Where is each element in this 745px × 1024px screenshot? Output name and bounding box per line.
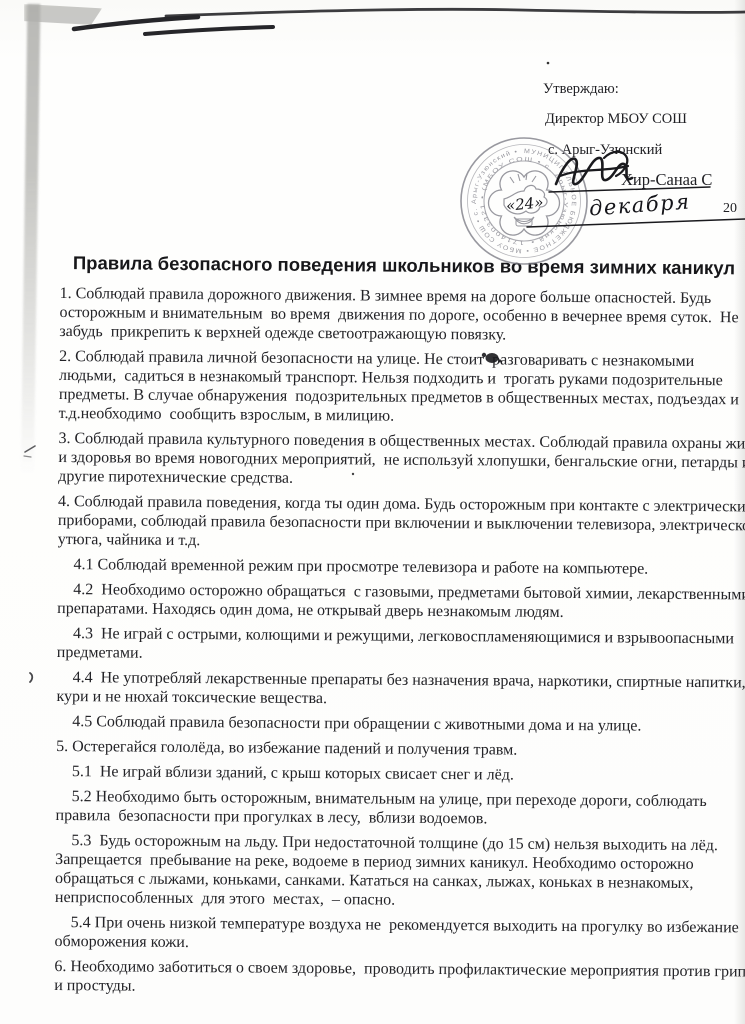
date-month-handwritten: декабря (588, 189, 691, 220)
rule-5-2: 5.2 Необходимо быть осторожным, внимател… (55, 787, 745, 830)
scanned-document-page: Утверждаю: Директор МБОУ СОШ с. Арыг-Узю… (0, 0, 745, 1024)
rule-5: 5. Остерегайся гололёда, во избежание па… (56, 737, 745, 761)
rule-6: 6. Необходимо заботиться о своем здоровь… (54, 957, 744, 1000)
rule-4: 4. Соблюдай правила поведения, когда ты … (58, 492, 745, 554)
document-title: Правила безопасного поведения школьников… (60, 250, 745, 280)
rule-5-4: 5.4 При очень низкой температуре воздуха… (54, 913, 744, 956)
rule-4-2: 4.2 Необходимо осторожно обращаться с га… (57, 580, 745, 623)
document-body: Правила безопасного поведения школьников… (54, 250, 745, 1006)
rule-4-1: 4.1 Соблюдай временной режим при просмот… (57, 555, 745, 579)
scan-edge-top-line (166, 9, 745, 16)
rule-4-3: 4.3 Не играй с острыми, колющими и режущ… (57, 624, 745, 667)
scan-edge-left (21, 4, 41, 494)
date-year: 20 (723, 201, 737, 217)
rule-2: 2. Соблюдай правила личной безопасности … (59, 347, 745, 428)
rule-4-4: 4.4 Не употребляй лекарственные препарат… (56, 668, 745, 711)
rule-1: 1. Соблюдай правила дорожного движения. … (59, 284, 745, 346)
signee-name: Хир-Санаа С (621, 170, 712, 190)
rule-5-1: 5.1 Не играй вблизи зданий, с крыш котор… (56, 762, 745, 786)
rule-3: 3. Соблюдай правила культурного поведени… (58, 429, 745, 491)
rule-4-5: 4.5 Соблюдай правила безопасности при об… (56, 712, 745, 736)
rule-5-3: 5.3 Будь осторожным на льду. При недоста… (55, 831, 745, 912)
approval-label: Утверждаю: (543, 80, 619, 98)
approval-director-line: Директор МБОУ СОШ (545, 110, 687, 128)
pen-marks (74, 17, 273, 34)
